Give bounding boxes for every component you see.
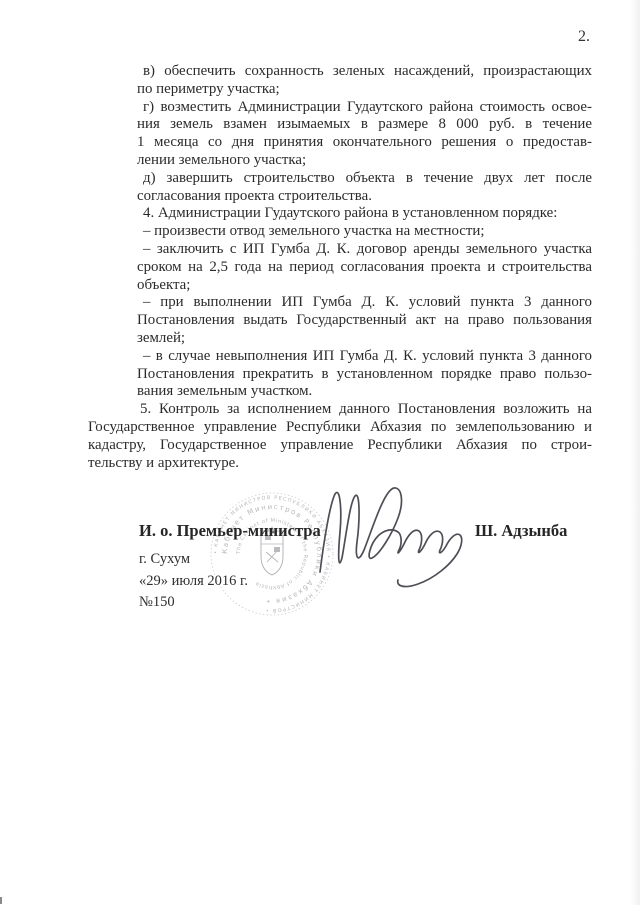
document-body: в) обеспечить сохранность зеленых насажд… [88, 63, 592, 472]
page-number: 2. [578, 28, 590, 46]
paragraph: – произвести отвод земельного участка на… [137, 223, 592, 241]
text-line: по периметру участка; [137, 81, 592, 99]
text-line: 5. Контроль за исполнением данного Поста… [88, 401, 592, 419]
text-line: – произвести отвод земельного участка на… [137, 223, 592, 241]
text-line: – в случае невыполнения ИП Гумба Д. К. у… [137, 348, 592, 366]
text-line: 4. Администрации Гудаутского района в ус… [137, 205, 592, 223]
text-line: г) возместить Администрации Гудаутского … [137, 99, 592, 117]
text-line: землей; [137, 330, 592, 348]
text-line: Государственное управление Республики Аб… [88, 419, 592, 437]
paragraph: 4. Администрации Гудаутского района в ус… [137, 205, 592, 223]
signatory-name: Ш. Адзынба [475, 521, 567, 541]
paragraph: г) возместить Администрации Гудаутского … [137, 99, 592, 170]
document-number-line: №150 [139, 594, 175, 611]
text-line: – заключить с ИП Гумба Д. К. договор аре… [137, 241, 592, 259]
paragraph: 5. Контроль за исполнением данного Поста… [88, 401, 592, 472]
text-line: в) обеспечить сохранность зеленых насажд… [137, 63, 592, 81]
date-line: «29» июля 2016 г. [139, 573, 248, 590]
signature-stroke [320, 488, 462, 587]
city-line: г. Сухум [139, 551, 190, 568]
text-line: вания земельным участком. [137, 383, 592, 401]
text-line: согласования проекта строительства. [137, 188, 592, 206]
text-line: объекта; [137, 277, 592, 295]
text-line: тельству и архитектуре. [88, 455, 592, 473]
paragraph: – при выполнении ИП Гумба Д. К. условий … [137, 294, 592, 347]
signatory-title: И. о. Премьер-министра [139, 521, 321, 541]
text-line: Постановления прекратить в установленном… [137, 366, 592, 384]
text-line: Постановления выдать Государственный акт… [137, 312, 592, 330]
scan-artifact [0, 897, 2, 904]
paragraph: в) обеспечить сохранность зеленых насажд… [137, 63, 592, 99]
text-line: ния земель взамен изымаемых в размере 8 … [137, 116, 592, 134]
document-page: 2. в) обеспечить сохранность зеленых нас… [0, 0, 640, 905]
text-line: д) завершить строительство объекта в теч… [137, 170, 592, 188]
paragraph: – заключить с ИП Гумба Д. К. договор аре… [137, 241, 592, 294]
text-line: 1 месяца со дня принятия окончательного … [137, 134, 592, 152]
text-line: лении земельного участка; [137, 152, 592, 170]
paragraph: д) завершить строительство объекта в теч… [137, 170, 592, 206]
text-line: кадастру, Государственное управление Рес… [88, 437, 592, 455]
text-line: – при выполнении ИП Гумба Д. К. условий … [137, 294, 592, 312]
paragraph: – в случае невыполнения ИП Гумба Д. К. у… [137, 348, 592, 401]
handwritten-signature [300, 480, 480, 602]
text-line: сроком на 2,5 года на период согласовани… [137, 259, 592, 277]
